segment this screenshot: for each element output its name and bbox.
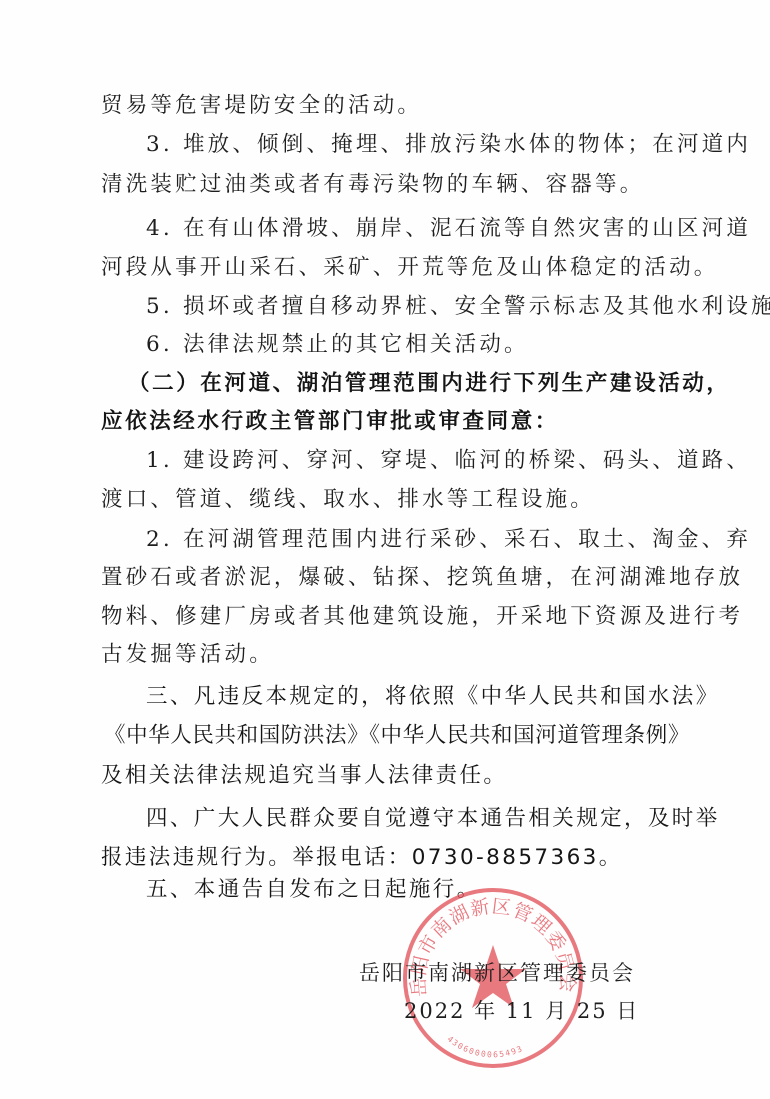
text-line-1: 贸易等危害堤防安全的活动。	[101, 92, 422, 120]
text-line-13: 置砂石或者淤泥，爆破、钻探、挖筑鱼塘，在河湖滩地存放	[101, 564, 743, 592]
text-line-item-6: 6. 法律法规禁止的其它相关活动。	[146, 331, 529, 359]
document-page: 贸易等危害堤防安全的活动。 3. 堆放、倾倒、掩埋、排放污染水体的物体；在河道内…	[0, 0, 770, 1099]
text-line-3: 清洗装贮过油类或者有毒污染物的车辆、容器等。	[101, 171, 644, 199]
svg-text:4306000065493: 4306000065493	[445, 1034, 524, 1059]
section-4-line-1: 四、广大人民群众要自觉遵守本通告相关规定，及时举	[146, 805, 720, 833]
text-line-item-2: 2. 在河湖管理范围内进行采砂、采石、取土、淘金、弃	[146, 526, 751, 554]
text-line-11: 渡口、管道、缆线、取水、排水等工程设施。	[101, 486, 595, 514]
text-line-14: 物料、修建厂房或者其他建筑设施，开采地下资源及进行考	[101, 603, 743, 631]
section-3-line-2: 《中华人民共和国防洪法》《中华人民共和国河道管理条例》	[104, 722, 690, 750]
text-line-item-4: 4. 在有山体滑坡、崩岸、泥石流等自然灾害的山区河道	[146, 215, 751, 243]
text-line-5: 河段从事开山采石、采矿、开荒等危及山体稳定的活动。	[101, 254, 719, 282]
section-3-line-3: 及相关法律法规追究当事人法律责任。	[101, 762, 507, 790]
section-heading-2: （二）在河道、湖泊管理范围内进行下列生产建设活动，	[128, 370, 731, 398]
section-heading-2-cont: 应依法经水行政主管部门审批或审查同意：	[101, 408, 559, 436]
text-line-item-1: 1. 建设跨河、穿河、穿堤、临河的桥梁、码头、道路、	[146, 447, 751, 475]
signing-organization: 岳阳市南湖新区管理委员会	[359, 957, 635, 987]
text-line-item-5: 5. 损坏或者擅自移动界桩、安全警示标志及其他水利设施。	[146, 293, 770, 321]
signing-date: 2022 年 11 月 25 日	[404, 995, 639, 1025]
text-line-15: 古发掘等活动。	[101, 641, 274, 669]
text-line-item-3: 3. 堆放、倾倒、掩埋、排放污染水体的物体；在河道内	[146, 131, 751, 159]
section-3-line-1: 三、凡违反本规定的，将依照《中华人民共和国水法》	[146, 683, 720, 711]
section-4-line-2: 报违法违规行为。举报电话：0730-8857363。	[101, 844, 623, 872]
